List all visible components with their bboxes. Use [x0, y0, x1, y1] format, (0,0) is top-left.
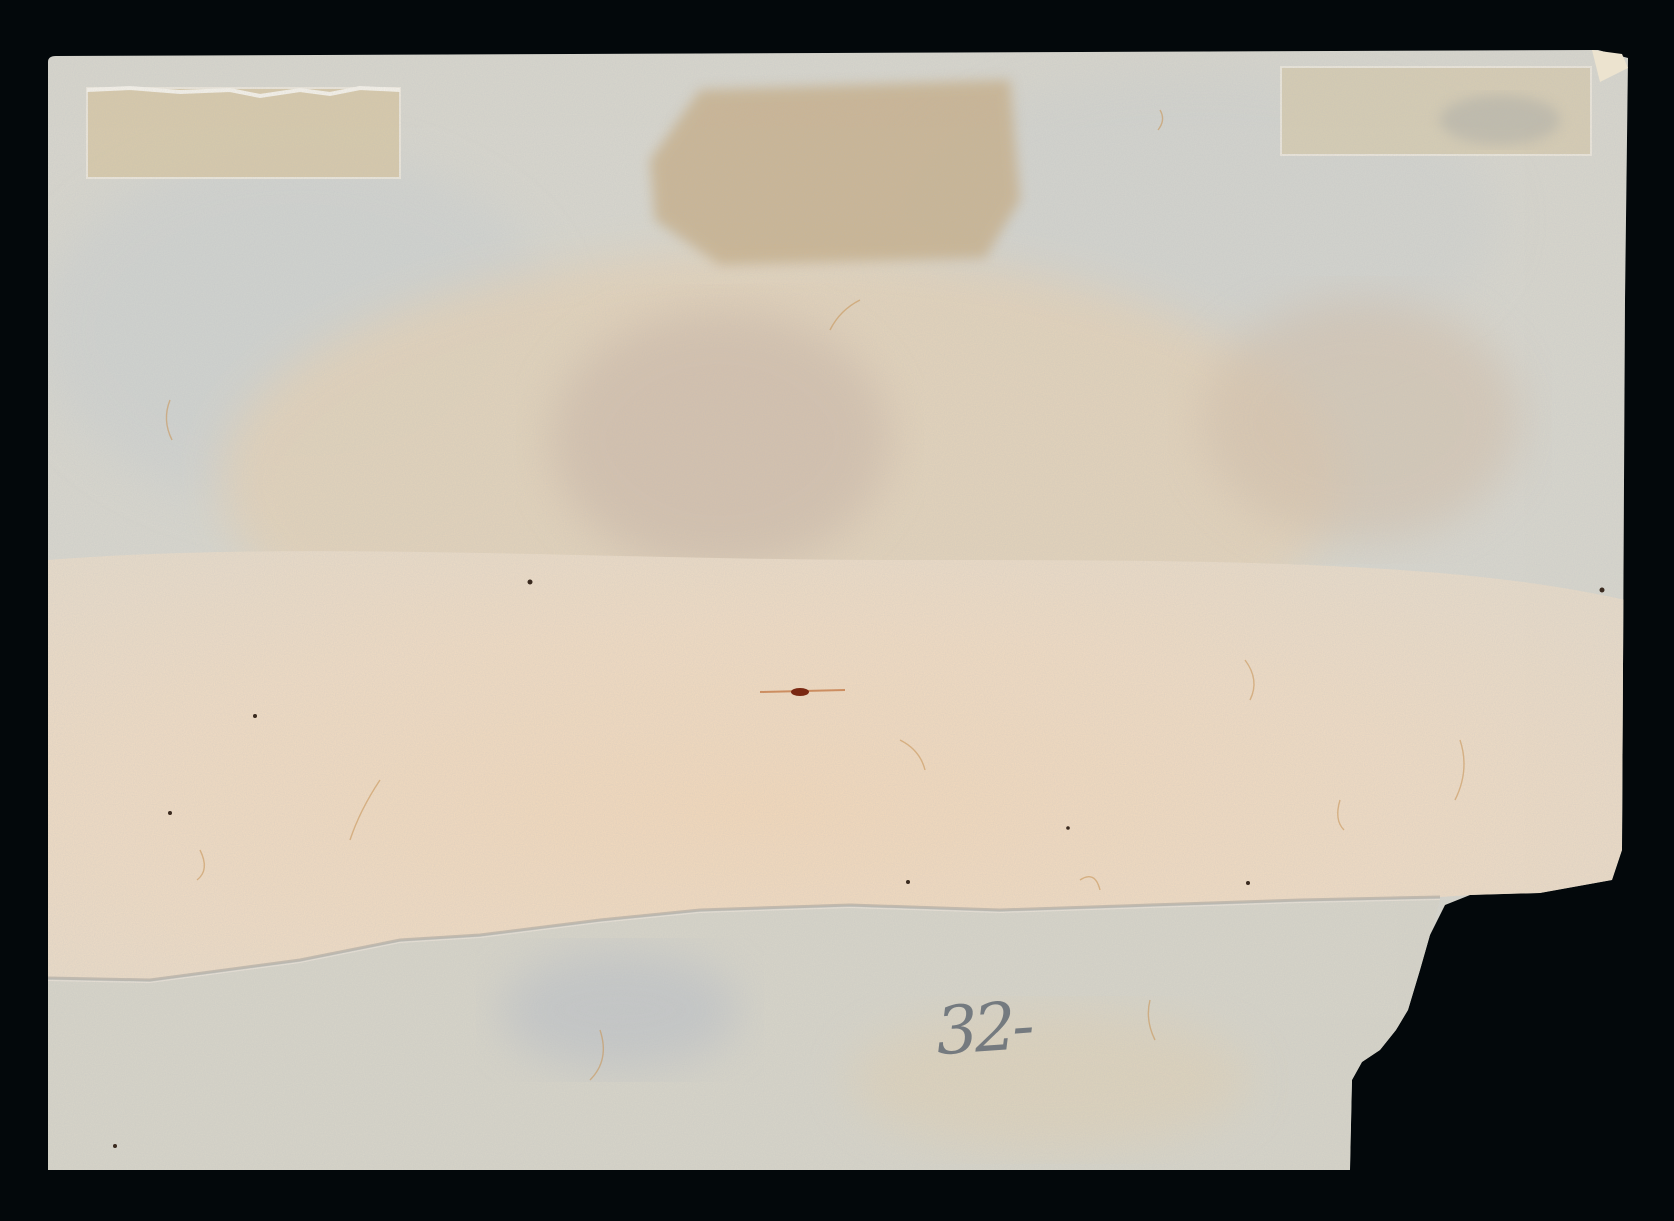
paper-fragment [0, 0, 1674, 1221]
pencil-annotation: 32- [933, 987, 1032, 1070]
photo-stage: 32- [0, 0, 1674, 1221]
stamp-back-illustration [0, 0, 1674, 1221]
